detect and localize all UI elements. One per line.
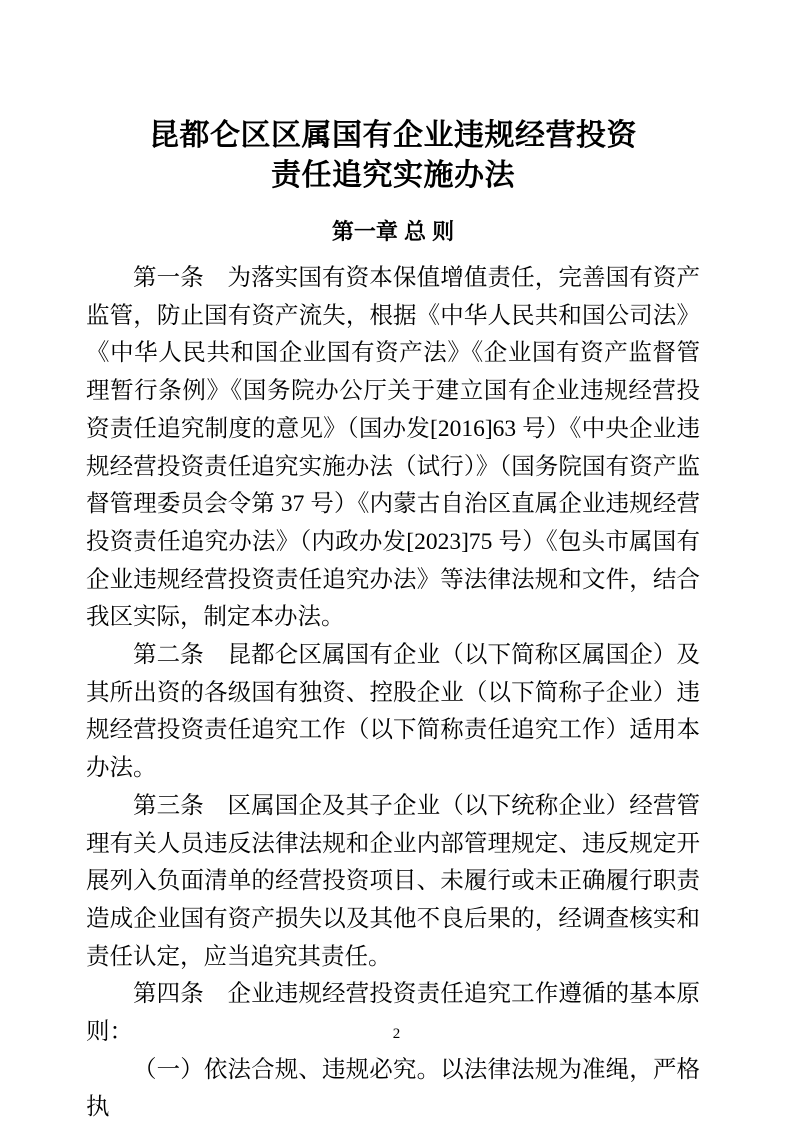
document-title: 昆都仑区区属国有企业违规经营投资 责任追究实施办法 [86, 116, 700, 196]
paragraph-item-1: （一）依法合规、违规必究。以法律法规为准绳，严格执 [86, 1052, 700, 1122]
document-body: 第一条 为落实国有资本保值增值责任，完善国有资产监管，防止国有资产流失，根据《中… [86, 260, 700, 1122]
paragraph-article-3: 第三条 区属国企及其子企业（以下统称企业）经营管理有关人员违反法律法规和企业内部… [86, 788, 700, 977]
paragraph-article-2: 第二条 昆都仑区属国有企业（以下简称区属国企）及其所出资的各级国有独资、控股企业… [86, 637, 700, 788]
document-title-line-1: 昆都仑区区属国有企业违规经营投资 [86, 116, 700, 156]
paragraph-article-1: 第一条 为落实国有资本保值增值责任，完善国有资产监管，防止国有资产流失，根据《中… [86, 260, 700, 637]
document-title-line-2: 责任追究实施办法 [86, 156, 700, 196]
chapter-heading: 第一章 总 则 [86, 217, 700, 247]
page-number: 2 [0, 1024, 793, 1044]
document-page: 昆都仑区区属国有企业违规经营投资 责任追究实施办法 第一章 总 则 第一条 为落… [0, 0, 793, 1122]
